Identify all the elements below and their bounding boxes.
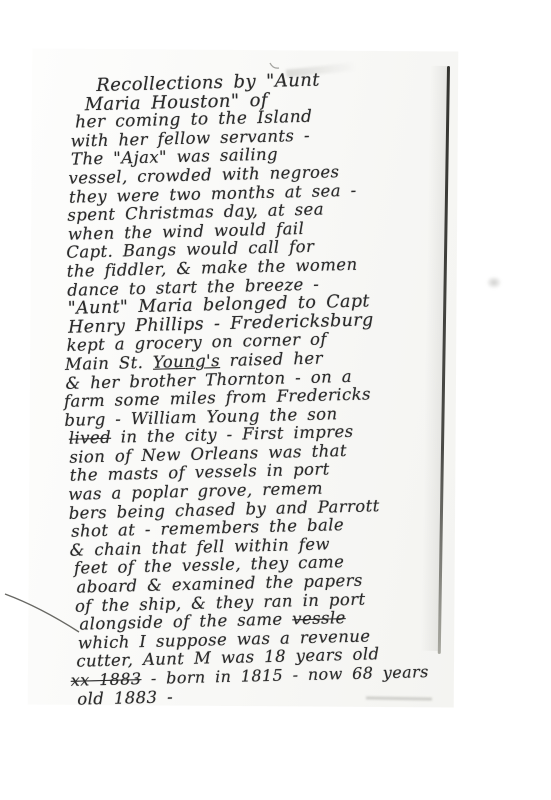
- manuscript-text: Recollections by "AuntMaria Houston" ofh…: [56, 66, 473, 708]
- manuscript-text-segment: old 1883 -: [77, 687, 173, 708]
- ink-blob-mark: [486, 276, 502, 289]
- scanned-document-page: Recollections by "AuntMaria Houston" ofh…: [0, 0, 551, 800]
- manuscript-text-segment: lived: [69, 428, 112, 448]
- manuscript-text-segment: vessle: [292, 608, 346, 628]
- manuscript-text-segment: xx 1883: [71, 669, 142, 690]
- manuscript-text-segment: Young's: [153, 351, 220, 372]
